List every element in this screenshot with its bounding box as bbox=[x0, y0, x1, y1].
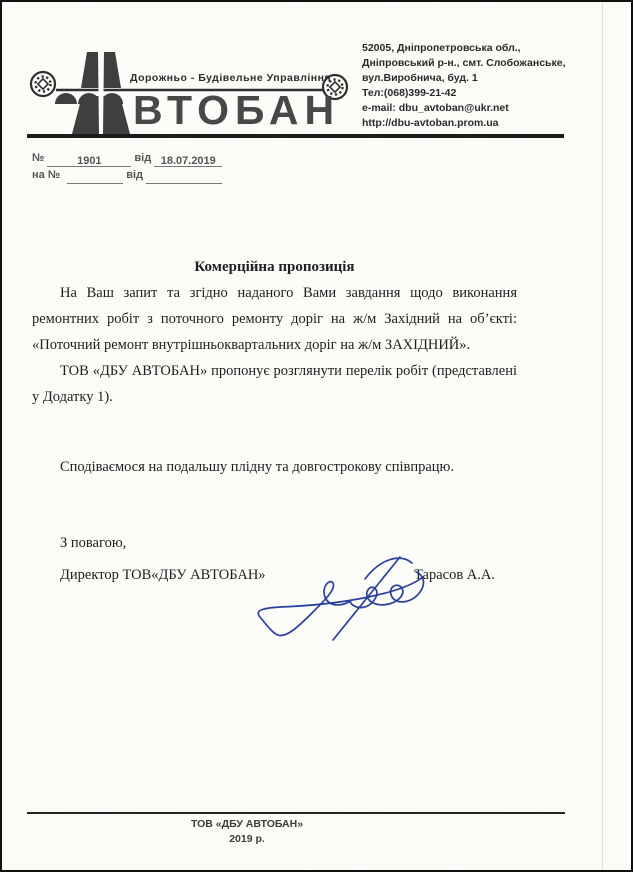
ref-from-label: від bbox=[134, 152, 151, 164]
contact-address-line: вул.Виробнича, буд. 1 bbox=[362, 71, 562, 86]
signature-stroke bbox=[365, 558, 412, 579]
footer-year: 2019 р. bbox=[27, 832, 467, 847]
reply-no-label: на № bbox=[32, 169, 60, 181]
logo-division-label: Дорожньо - Будівельне Управління bbox=[130, 72, 331, 84]
company-contact-block: 52005, Дніпропетровська обл., Дніпровськ… bbox=[362, 41, 562, 131]
outgoing-ref-row: № 1901 від 18.07.2019 bbox=[32, 150, 222, 167]
reply-date-blank bbox=[146, 170, 222, 184]
road-center-stripe bbox=[98, 52, 104, 134]
contact-address-line: Дніпровський р-н., смт. Слобожанське, bbox=[362, 56, 562, 71]
incoming-ref-row: на № від bbox=[32, 167, 222, 184]
letter-paragraph: ТОВ «ДБУ АВТОБАН» пропонує розглянути пе… bbox=[32, 358, 517, 410]
footer-block: ТОВ «ДБУ АВТОБАН» 2019 р. bbox=[27, 817, 467, 847]
reply-from-label: від bbox=[126, 169, 143, 181]
ref-date-value: 18.07.2019 bbox=[154, 153, 222, 167]
footer-rule bbox=[27, 812, 565, 814]
signer-title: Директор ТОВ«ДБУ АВТОБАН» bbox=[60, 562, 266, 588]
footer-company: ТОВ «ДБУ АВТОБАН» bbox=[27, 817, 467, 832]
logo-brand-text: ВТОБАН bbox=[133, 90, 340, 131]
signature-stroke bbox=[350, 572, 423, 608]
reference-block: № 1901 від 18.07.2019 на № від bbox=[32, 150, 222, 184]
letter-paragraph: Сподіваємося на подальшу плідну та довго… bbox=[32, 454, 517, 480]
scanned-letter-page: Дорожньо - Будівельне Управління ВТОБАН … bbox=[0, 0, 633, 872]
signature-ink bbox=[240, 547, 430, 647]
ref-no-label: № bbox=[32, 152, 44, 164]
contact-email: e-mail: dbu_avtoban@ukr.net bbox=[362, 101, 562, 116]
left-bearing-icon bbox=[31, 72, 55, 96]
letter-paragraph: На Ваш запит та згідно наданого Вами зав… bbox=[32, 280, 517, 358]
header-rule bbox=[27, 134, 564, 138]
letter-title: Комерційна пропозиція bbox=[32, 254, 517, 280]
contact-address-line: 52005, Дніпропетровська обл., bbox=[362, 41, 562, 56]
letter-body: Комерційна пропозиція На Ваш запит та зг… bbox=[32, 254, 517, 588]
ref-no-value: 1901 bbox=[47, 153, 131, 167]
bridge-arch bbox=[55, 93, 77, 104]
reply-no-blank bbox=[67, 170, 123, 184]
contact-website: http://dbu-avtoban.prom.ua bbox=[362, 116, 562, 131]
signature-stroke bbox=[333, 557, 400, 640]
contact-phone: Тел:(068)399-21-42 bbox=[362, 86, 562, 101]
scan-edge-shadow bbox=[602, 2, 603, 870]
